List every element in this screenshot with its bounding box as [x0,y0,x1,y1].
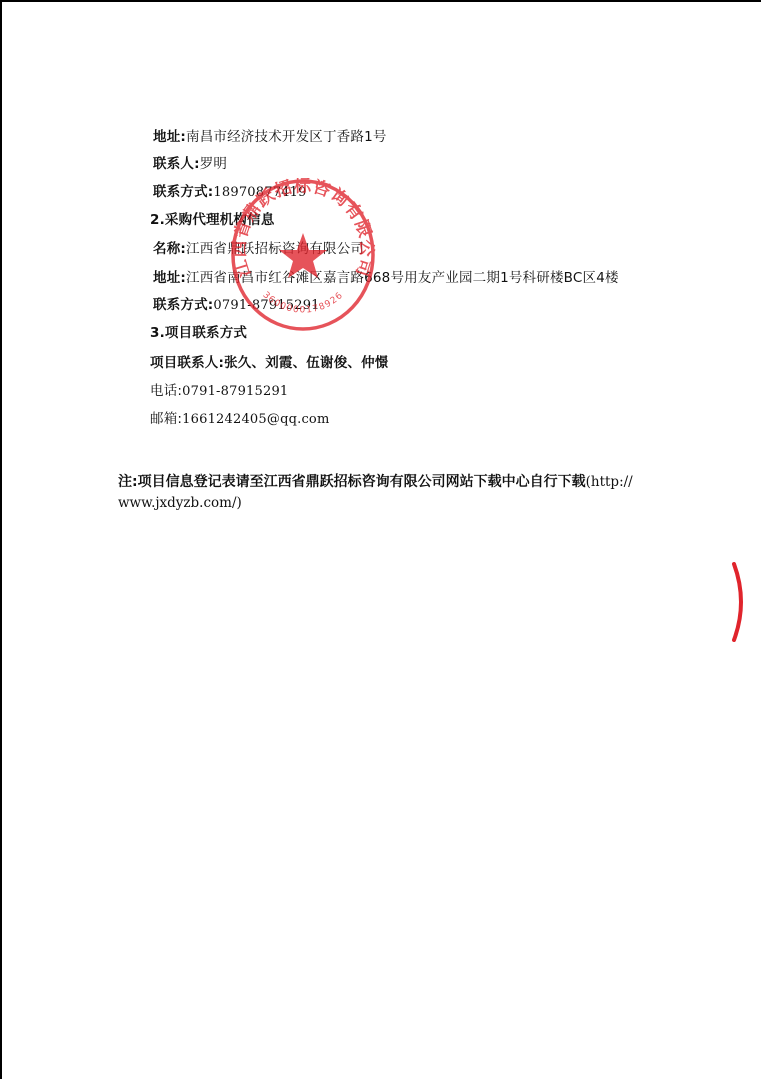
project-email-value: 1661242405@qq.com [182,412,329,427]
project-tel-label: 电话: [150,383,182,399]
project-contact-heading: 3.项目联系方式 [150,324,247,342]
agency-address-label: 地址: [153,270,186,286]
project-email-line: 邮箱:1661242405@qq.com [150,410,329,429]
purchaser-phone-value: 18970877419 [213,185,306,200]
page-border-left [0,0,2,1079]
purchaser-phone-label: 联系方式: [153,184,213,200]
purchaser-address-line: 地址:南昌市经济技术开发区丁香路1号 [153,128,387,146]
project-persons-line: 项目联系人:张久、刘霞、伍谢俊、仲憬 [150,354,389,372]
purchaser-contact-label: 联系人: [153,156,200,172]
note-url-start[interactable]: (http:// [586,474,633,490]
agency-name-line: 名称:江西省鼎跃招标咨询有限公司 [153,240,364,258]
purchaser-contact-value: 罗明 [200,156,227,172]
purchaser-address-value: 南昌市经济技术开发区丁香路1号 [186,129,387,145]
note-prefix: 注: [118,474,138,490]
purchaser-phone-line: 联系方式:18970877419 [153,183,307,202]
agency-name-label: 名称: [153,241,186,257]
project-persons-label: 项目联系人: [150,355,224,371]
project-tel-value: 0791-87915291 [182,384,288,399]
project-tel-line: 电话:0791-87915291 [150,382,288,401]
agency-phone-line: 联系方式:0791-87915291 [153,296,320,315]
purchaser-contact-line: 联系人:罗明 [153,155,227,173]
project-persons-value: 张久、刘霞、伍谢俊、仲憬 [224,355,388,371]
agency-address-value: 江西省南昌市红谷滩区嘉言路668号用友产业园二期1号科研楼BC区4楼 [186,270,619,286]
download-note: 注:项目信息登记表请至江西省鼎跃招标咨询有限公司网站下载中心自行下载(http:… [118,470,688,494]
agency-address-line: 地址:江西省南昌市红谷滩区嘉言路668号用友产业园二期1号科研楼BC区4楼 [153,269,619,287]
agency-name-value: 江西省鼎跃招标咨询有限公司 [186,241,364,257]
note-text: 项目信息登记表请至江西省鼎跃招标咨询有限公司网站下载中心自行下载 [138,474,586,490]
agency-phone-value: 0791-87915291 [213,298,319,313]
agency-heading: 2.采购代理机构信息 [150,211,275,229]
purchaser-address-label: 地址: [153,129,186,145]
page-border-top [0,0,761,2]
seam-stamp-edge [728,562,752,642]
note-url-end[interactable]: www.jxdyzb.com/) [118,495,242,511]
agency-phone-label: 联系方式: [153,297,213,313]
project-email-label: 邮箱: [150,411,182,427]
